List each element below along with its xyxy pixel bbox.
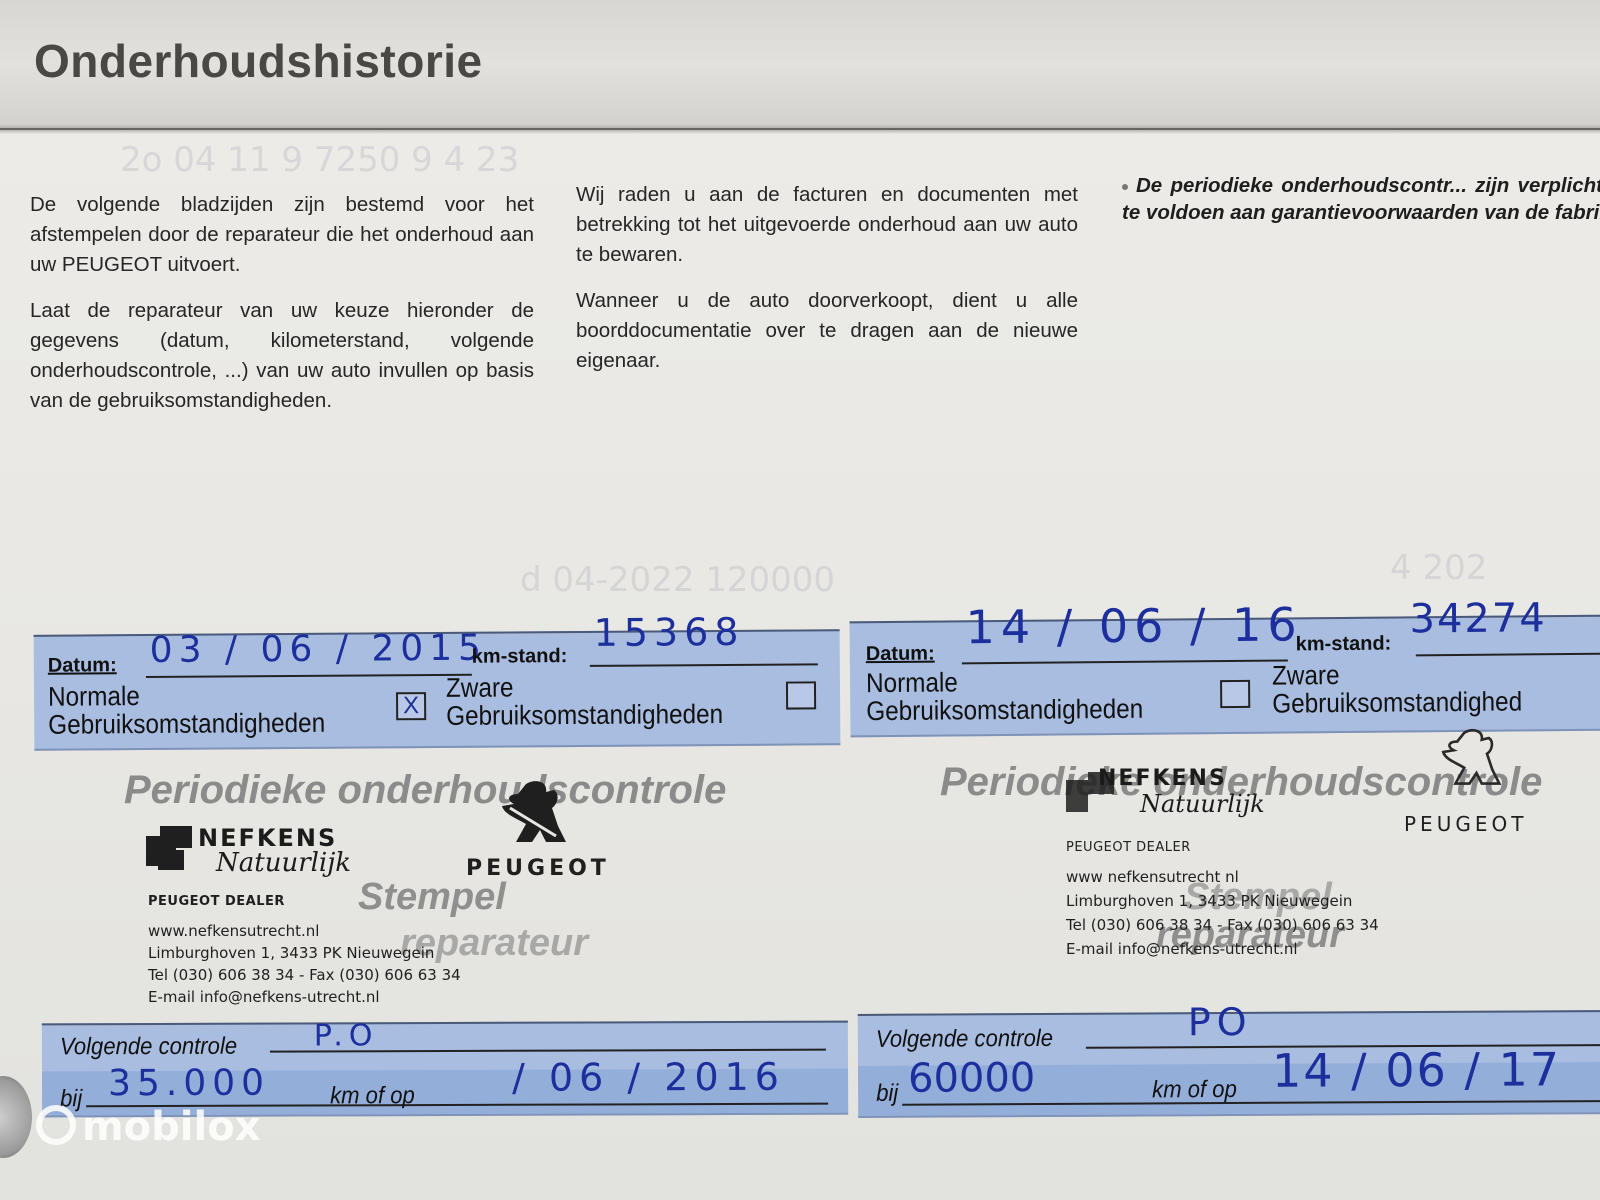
- intro-column-2: Wij raden u aan de facturen en documente…: [576, 180, 1078, 392]
- show-through-ink: 2o 04 11 9 7250 9 4 23: [120, 140, 519, 180]
- entry-2-normale-checkbox[interactable]: [1220, 680, 1250, 708]
- previous-page-strip: Onderhoudshistorie: [0, 0, 1600, 140]
- datum-label: Datum:: [866, 643, 935, 667]
- bij-label: bij: [876, 1080, 898, 1108]
- entry-1-bij-km-value[interactable]: 35.000: [108, 1063, 270, 1105]
- zware-label: Zware Gebruiksomstandigheden: [446, 672, 723, 730]
- dealer-website: www.nefkensutrecht.nl: [148, 922, 319, 940]
- dealer-website: www nefkensutrecht nl: [1066, 868, 1239, 886]
- entry-1-of-op-value[interactable]: / 06 / 2016: [512, 1055, 785, 1100]
- km-of-op-label: km of op: [1152, 1076, 1237, 1104]
- entry-1-header-band: Datum: 03 / 06 / 2015 km-stand: 15368 No…: [34, 629, 841, 751]
- entry-1-volgende-value[interactable]: P.O: [314, 1018, 379, 1053]
- entry-2-header-band: Datum: 14 / 06 / 16 km-stand: 34274 Norm…: [850, 615, 1600, 738]
- gebruik-text: Gebruiksomstandigheden: [446, 700, 723, 730]
- dealer-email: E-mail info@nefkens-utrecht.nl: [1066, 940, 1298, 958]
- bullet-icon: [1122, 184, 1128, 190]
- dealer-type: PEUGEOT DEALER: [1066, 840, 1191, 855]
- entry-1-km-value[interactable]: 15368: [593, 610, 744, 655]
- gebruik-text: Gebruiksomstandigheden: [48, 709, 325, 739]
- entry-2-volgende-value[interactable]: PO: [1188, 1000, 1253, 1044]
- gebruik-text: Gebruiksomstandigheden: [866, 695, 1143, 725]
- entry-2-datum-value[interactable]: 14 / 06 / 16: [965, 597, 1303, 654]
- intro-column-3: De periodieke onderhoudscontr... zijn ve…: [1122, 172, 1600, 226]
- entry-2-bij-km-value[interactable]: 60000: [908, 1055, 1035, 1102]
- nefkens-logo-icon-part: [160, 826, 192, 848]
- volgende-controle-label: Volgende controle: [60, 1033, 237, 1062]
- dealer-tagline: Natuurlijk: [1140, 790, 1265, 818]
- dealer-address: Limburghoven 1, 3433 PK Nieuwegein: [1066, 892, 1352, 910]
- normale-label: Normale Gebruiksomstandigheden: [866, 667, 1143, 725]
- show-through-ink: 4 202: [1390, 548, 1487, 588]
- km-underline: [1416, 653, 1600, 657]
- nefkens-logo-icon: [1066, 780, 1088, 812]
- dealer-type: PEUGEOT DEALER: [148, 894, 285, 909]
- entry-1-datum-value[interactable]: 03 / 06 / 2015: [150, 628, 488, 671]
- nefkens-logo-icon-part: [158, 850, 184, 870]
- entry-1-zware-checkbox[interactable]: [786, 681, 816, 709]
- km-underline: [590, 663, 818, 667]
- page-title: Onderhoudshistorie: [34, 34, 483, 88]
- stempel-print: Stempel: [358, 876, 506, 919]
- dealer-email: E-mail info@nefkens-utrecht.nl: [148, 988, 380, 1006]
- intro-column-1: De volgende bladzijden zijn bestemd voor…: [30, 190, 534, 432]
- intro-paragraph: Wanneer u de auto doorverkoopt, dient u …: [576, 286, 1078, 376]
- zware-text: Zware: [1272, 659, 1522, 689]
- peugeot-lion-icon: [1438, 726, 1508, 797]
- show-through-ink: d 04-2022 120000: [520, 560, 835, 600]
- dealer-address: Limburghoven 1, 3433 PK Nieuwegein: [148, 944, 434, 962]
- peugeot-wordmark: PEUGEOT: [1404, 812, 1527, 836]
- entry-1-next-service-band: Volgende controle P.O bij 35.000 km of o…: [42, 1021, 848, 1118]
- warranty-note: De periodieke onderhoudscontr... zijn ve…: [1122, 174, 1600, 224]
- datum-underline: [146, 674, 472, 678]
- datum-underline: [962, 659, 1288, 664]
- peugeot-lion-icon: [496, 778, 576, 855]
- peugeot-wordmark: PEUGEOT: [466, 856, 610, 881]
- zware-text: Zware: [446, 672, 723, 702]
- dealer-tagline: Natuurlijk: [216, 848, 351, 878]
- intro-paragraph: Laat de reparateur van uw keuze hieronde…: [30, 296, 534, 416]
- entry-1-normale-checkbox[interactable]: X: [396, 692, 426, 720]
- datum-label: Datum:: [48, 654, 117, 677]
- gebruik-text: Gebruiksomstandighed: [1272, 687, 1522, 717]
- normale-text: Normale: [48, 681, 325, 711]
- normale-label: Normale Gebruiksomstandigheden: [48, 681, 325, 739]
- dealer-phone: Tel (030) 606 38 34 - Fax (030) 606 63 3…: [148, 966, 461, 984]
- km-stand-label: km-stand:: [1296, 633, 1392, 657]
- dealer-name: NEFKENS: [1098, 766, 1227, 791]
- intro-paragraph: Wij raden u aan de facturen en documente…: [576, 180, 1078, 270]
- page-edge-shadow: [0, 124, 1600, 134]
- normale-text: Normale: [866, 667, 1143, 697]
- intro-paragraph: De volgende bladzijden zijn bestemd voor…: [30, 190, 534, 280]
- watermark-text: mobilox: [82, 1104, 261, 1150]
- km-stand-label: km-stand:: [472, 645, 568, 669]
- dealer-phone: Tel (030) 606 38 34 - Fax (030) 606 63 3…: [1066, 916, 1379, 934]
- entry-2-km-value[interactable]: 34274: [1409, 595, 1547, 642]
- zware-label: Zware Gebruiksomstandighed: [1272, 659, 1522, 717]
- watermark: mobilox: [36, 1104, 261, 1150]
- section-title-print: Periodieke onderhoudscontrole: [124, 768, 726, 813]
- volgende-controle-label: Volgende controle: [876, 1025, 1053, 1054]
- km-of-op-label: km of op: [330, 1082, 415, 1110]
- entry-2-of-op-value[interactable]: 14 / 06 / 17: [1272, 1042, 1561, 1098]
- entry-2-next-service-band: Volgende controle PO bij 60000 km of op …: [858, 1010, 1600, 1118]
- mobilox-logo-icon: [36, 1105, 76, 1145]
